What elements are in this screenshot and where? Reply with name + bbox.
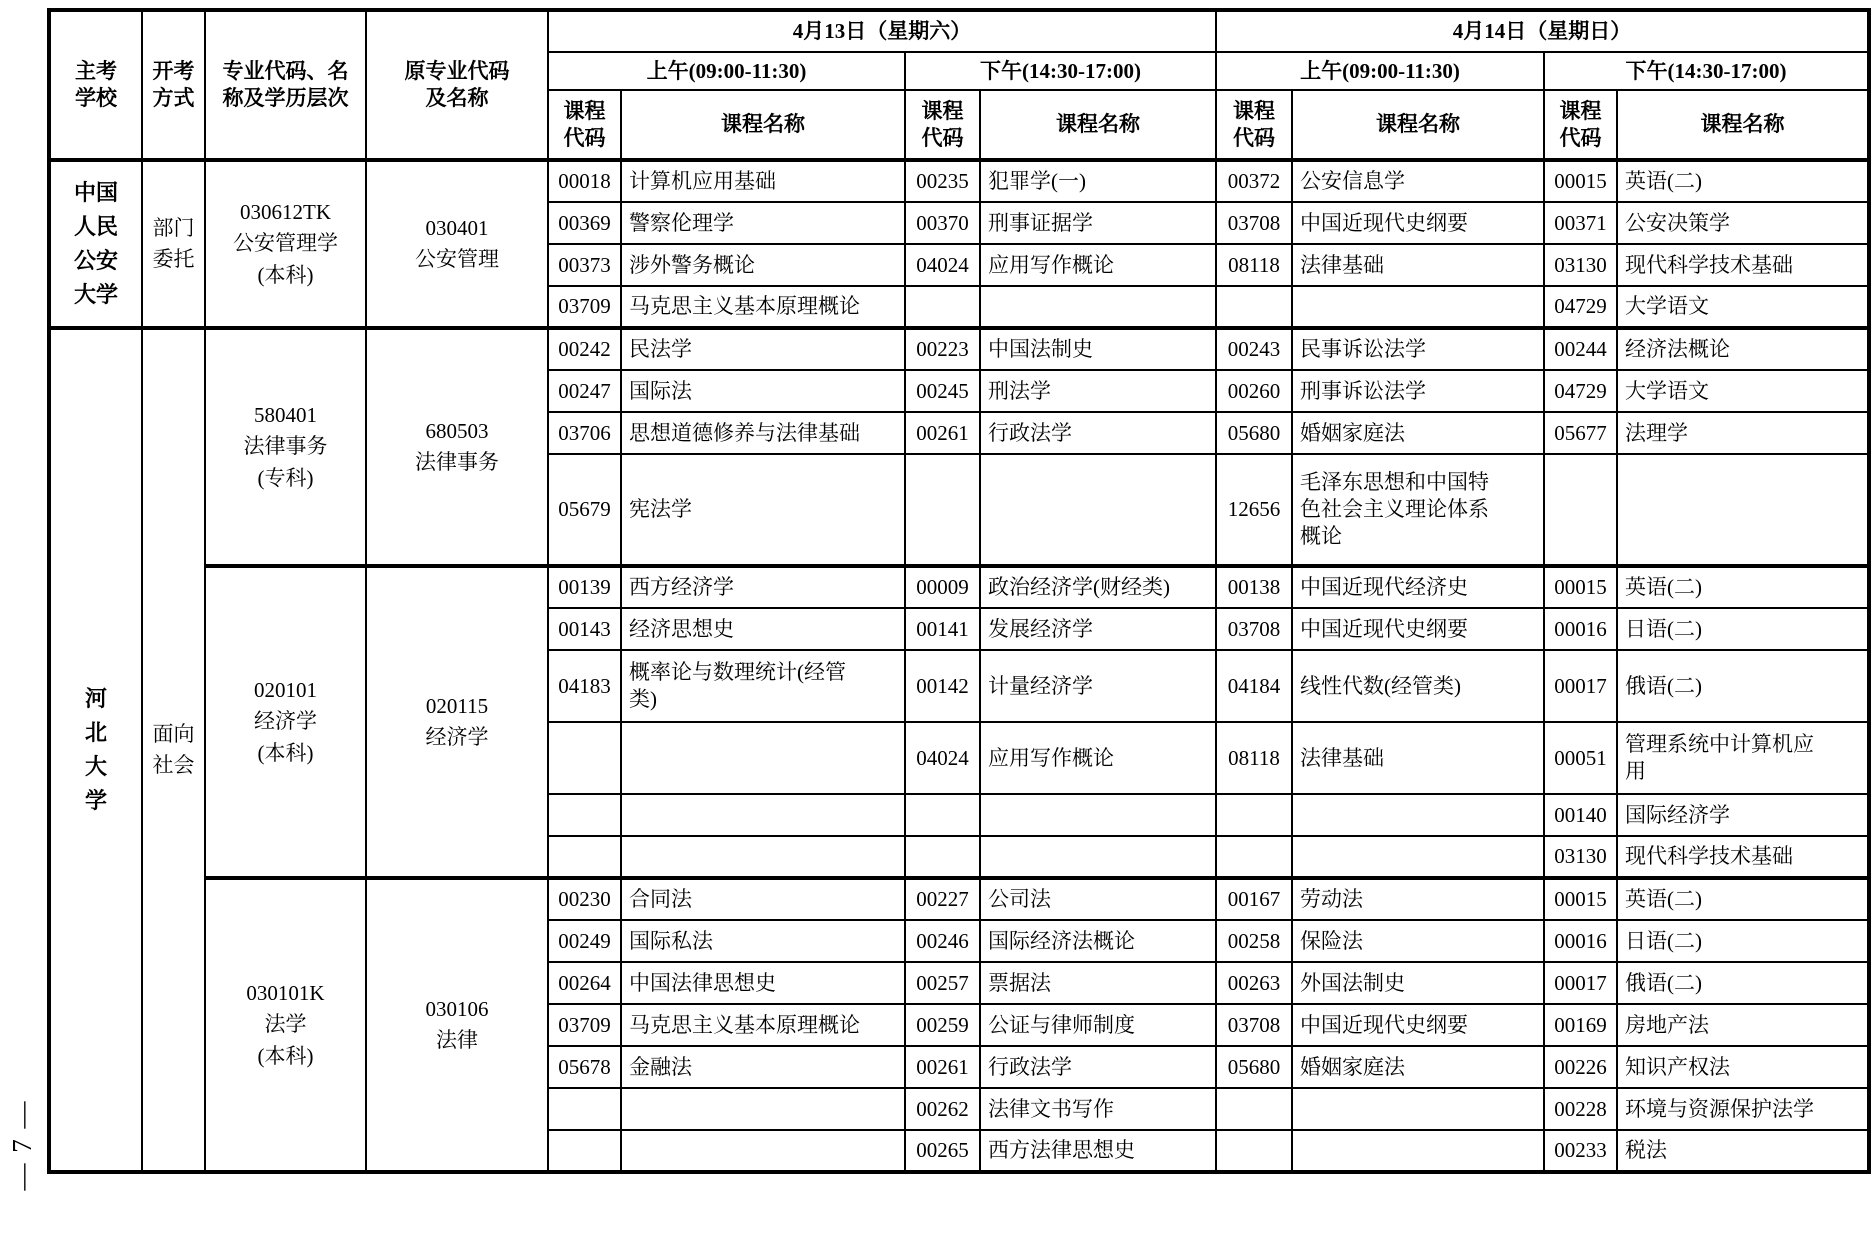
header-course-code: 课程 代码 xyxy=(548,90,621,160)
course-name-cell: 国际经济学 xyxy=(1617,794,1869,836)
course-code-cell: 00233 xyxy=(1544,1130,1617,1172)
course-code-cell: 00139 xyxy=(548,566,621,608)
course-name-cell: 中国近现代史纲要 xyxy=(1292,1004,1544,1046)
method-cell: 面向 社会 xyxy=(142,328,205,1172)
course-name-cell: 中国法制史 xyxy=(980,328,1216,370)
course-name-cell: 日语(二) xyxy=(1617,608,1869,650)
course-name-cell: 政治经济学(财经类) xyxy=(980,566,1216,608)
course-code-cell xyxy=(548,836,621,878)
header-course-name: 课程名称 xyxy=(621,90,905,160)
course-code-cell: 00259 xyxy=(905,1004,980,1046)
course-code-cell: 05679 xyxy=(548,454,621,566)
course-name-cell: 中国近现代经济史 xyxy=(1292,566,1544,608)
course-name-cell: 大学语文 xyxy=(1617,286,1869,328)
course-code-cell xyxy=(905,836,980,878)
course-code-cell: 00373 xyxy=(548,244,621,286)
course-name-cell: 管理系统中计算机应 用 xyxy=(1617,722,1869,794)
course-code-cell: 00247 xyxy=(548,370,621,412)
course-name-cell: 婚姻家庭法 xyxy=(1292,1046,1544,1088)
major-cell: 030612TK 公安管理学 (本科) xyxy=(205,160,366,328)
course-code-cell: 03708 xyxy=(1216,608,1292,650)
course-code-cell: 04729 xyxy=(1544,370,1617,412)
course-name-cell: 犯罪学(一) xyxy=(980,160,1216,202)
course-code-cell: 00169 xyxy=(1544,1004,1617,1046)
page-number: — 7 — xyxy=(7,1085,41,1205)
course-name-cell: 西方经济学 xyxy=(621,566,905,608)
course-name-cell: 涉外警务概论 xyxy=(621,244,905,286)
course-name-cell: 民法学 xyxy=(621,328,905,370)
course-name-cell: 概率论与数理统计(经管 类) xyxy=(621,650,905,722)
course-code-cell: 00223 xyxy=(905,328,980,370)
course-code-cell: 00017 xyxy=(1544,962,1617,1004)
course-code-cell: 05680 xyxy=(1216,412,1292,454)
header-course-name: 课程名称 xyxy=(980,90,1216,160)
header-day2-am: 上午(09:00-11:30) xyxy=(1216,52,1544,90)
header-day1-pm: 下午(14:30-17:00) xyxy=(905,52,1216,90)
course-name-cell xyxy=(980,794,1216,836)
course-code-cell: 04729 xyxy=(1544,286,1617,328)
course-name-cell: 应用写作概论 xyxy=(980,244,1216,286)
course-code-cell: 00258 xyxy=(1216,920,1292,962)
course-name-cell: 马克思主义基本原理概论 xyxy=(621,1004,905,1046)
course-code-cell: 00265 xyxy=(905,1130,980,1172)
course-name-cell xyxy=(1292,794,1544,836)
course-name-cell: 民事诉讼法学 xyxy=(1292,328,1544,370)
major-cell: 030101K 法学 (本科) xyxy=(205,878,366,1172)
school-cell: 河 北 大 学 xyxy=(49,328,142,1172)
course-name-cell: 国际法 xyxy=(621,370,905,412)
header-method: 开考 方式 xyxy=(142,10,205,160)
header-school: 主考 学校 xyxy=(49,10,142,160)
course-code-cell: 08118 xyxy=(1216,244,1292,286)
course-name-cell: 公证与律师制度 xyxy=(980,1004,1216,1046)
course-code-cell: 00017 xyxy=(1544,650,1617,722)
course-code-cell: 00249 xyxy=(548,920,621,962)
course-code-cell xyxy=(1216,286,1292,328)
course-code-cell: 03130 xyxy=(1544,244,1617,286)
header-major: 专业代码、名 称及学历层次 xyxy=(205,10,366,160)
course-name-cell: 法律文书写作 xyxy=(980,1088,1216,1130)
header-day2-pm: 下午(14:30-17:00) xyxy=(1544,52,1869,90)
course-code-cell: 08118 xyxy=(1216,722,1292,794)
course-code-cell: 00263 xyxy=(1216,962,1292,1004)
orig-major-cell: 020115 经济学 xyxy=(366,566,548,878)
course-code-cell: 00016 xyxy=(1544,920,1617,962)
course-name-cell xyxy=(980,836,1216,878)
course-name-cell: 合同法 xyxy=(621,878,905,920)
course-code-cell: 04024 xyxy=(905,244,980,286)
header-course-code: 课程 代码 xyxy=(1216,90,1292,160)
course-code-cell: 00264 xyxy=(548,962,621,1004)
course-code-cell xyxy=(548,794,621,836)
course-code-cell: 00370 xyxy=(905,202,980,244)
course-code-cell: 00242 xyxy=(548,328,621,370)
course-code-cell xyxy=(1216,836,1292,878)
course-code-cell: 00018 xyxy=(548,160,621,202)
course-code-cell: 00246 xyxy=(905,920,980,962)
course-name-cell: 现代科学技术基础 xyxy=(1617,244,1869,286)
course-code-cell xyxy=(1216,1130,1292,1172)
header-course-code: 课程 代码 xyxy=(1544,90,1617,160)
course-code-cell: 00369 xyxy=(548,202,621,244)
course-code-cell: 00138 xyxy=(1216,566,1292,608)
course-code-cell: 12656 xyxy=(1216,454,1292,566)
course-name-cell: 外国法制史 xyxy=(1292,962,1544,1004)
course-name-cell: 法律基础 xyxy=(1292,244,1544,286)
course-code-cell xyxy=(905,794,980,836)
course-name-cell: 英语(二) xyxy=(1617,878,1869,920)
course-name-cell: 知识产权法 xyxy=(1617,1046,1869,1088)
course-code-cell: 00051 xyxy=(1544,722,1617,794)
course-name-cell: 票据法 xyxy=(980,962,1216,1004)
course-name-cell xyxy=(621,794,905,836)
course-name-cell: 思想道德修养与法律基础 xyxy=(621,412,905,454)
course-name-cell xyxy=(1292,1088,1544,1130)
course-name-cell xyxy=(1292,286,1544,328)
course-code-cell: 04184 xyxy=(1216,650,1292,722)
course-name-cell: 行政法学 xyxy=(980,1046,1216,1088)
course-code-cell: 00015 xyxy=(1544,878,1617,920)
course-code-cell xyxy=(1216,1088,1292,1130)
course-code-cell: 00257 xyxy=(905,962,980,1004)
orig-major-cell: 030106 法律 xyxy=(366,878,548,1172)
course-name-cell: 金融法 xyxy=(621,1046,905,1088)
course-code-cell: 00140 xyxy=(1544,794,1617,836)
major-cell: 580401 法律事务 (专科) xyxy=(205,328,366,566)
course-name-cell: 中国近现代史纲要 xyxy=(1292,202,1544,244)
course-code-cell: 00245 xyxy=(905,370,980,412)
exam-schedule-table: 主考 学校 开考 方式 专业代码、名 称及学历层次 原专业代码 及名称 4月13… xyxy=(47,8,1871,1174)
course-name-cell: 公司法 xyxy=(980,878,1216,920)
course-name-cell: 俄语(二) xyxy=(1617,650,1869,722)
course-code-cell: 05678 xyxy=(548,1046,621,1088)
course-name-cell xyxy=(1617,454,1869,566)
course-code-cell: 00260 xyxy=(1216,370,1292,412)
course-code-cell xyxy=(548,1130,621,1172)
header-orig-major: 原专业代码 及名称 xyxy=(366,10,548,160)
header-date-day2: 4月14日（星期日） xyxy=(1216,10,1869,52)
course-name-cell: 应用写作概论 xyxy=(980,722,1216,794)
course-name-cell: 英语(二) xyxy=(1617,566,1869,608)
course-name-cell: 刑法学 xyxy=(980,370,1216,412)
course-code-cell: 00015 xyxy=(1544,160,1617,202)
course-name-cell xyxy=(1292,1130,1544,1172)
course-code-cell: 00261 xyxy=(905,412,980,454)
course-code-cell: 03708 xyxy=(1216,1004,1292,1046)
course-code-cell: 00371 xyxy=(1544,202,1617,244)
course-name-cell: 毛泽东思想和中国特 色社会主义理论体系 概论 xyxy=(1292,454,1544,566)
course-name-cell xyxy=(980,286,1216,328)
header-day1-am: 上午(09:00-11:30) xyxy=(548,52,905,90)
course-name-cell: 日语(二) xyxy=(1617,920,1869,962)
course-code-cell: 00261 xyxy=(905,1046,980,1088)
course-name-cell xyxy=(621,1088,905,1130)
course-code-cell: 00143 xyxy=(548,608,621,650)
course-name-cell: 刑事诉讼法学 xyxy=(1292,370,1544,412)
course-name-cell: 英语(二) xyxy=(1617,160,1869,202)
course-name-cell: 公安决策学 xyxy=(1617,202,1869,244)
course-name-cell: 俄语(二) xyxy=(1617,962,1869,1004)
course-name-cell: 警察伦理学 xyxy=(621,202,905,244)
header-course-name: 课程名称 xyxy=(1617,90,1869,160)
course-name-cell: 行政法学 xyxy=(980,412,1216,454)
course-code-cell xyxy=(548,1088,621,1130)
course-name-cell xyxy=(621,836,905,878)
course-code-cell: 03706 xyxy=(548,412,621,454)
course-code-cell: 00372 xyxy=(1216,160,1292,202)
course-code-cell xyxy=(1544,454,1617,566)
course-code-cell xyxy=(548,722,621,794)
course-code-cell: 00230 xyxy=(548,878,621,920)
course-name-cell: 环境与资源保护法学 xyxy=(1617,1088,1869,1130)
header-course-name: 课程名称 xyxy=(1292,90,1544,160)
course-name-cell: 公安信息学 xyxy=(1292,160,1544,202)
course-code-cell: 00244 xyxy=(1544,328,1617,370)
course-code-cell: 03709 xyxy=(548,286,621,328)
course-name-cell: 经济法概论 xyxy=(1617,328,1869,370)
course-code-cell: 00262 xyxy=(905,1088,980,1130)
course-code-cell: 03709 xyxy=(548,1004,621,1046)
course-code-cell: 00243 xyxy=(1216,328,1292,370)
course-name-cell: 劳动法 xyxy=(1292,878,1544,920)
course-name-cell: 马克思主义基本原理概论 xyxy=(621,286,905,328)
orig-major-cell: 030401 公安管理 xyxy=(366,160,548,328)
course-name-cell xyxy=(980,454,1216,566)
course-name-cell: 线性代数(经管类) xyxy=(1292,650,1544,722)
course-code-cell xyxy=(1216,794,1292,836)
course-name-cell: 婚姻家庭法 xyxy=(1292,412,1544,454)
course-name-cell xyxy=(621,722,905,794)
document-page: { "page": { "number_label": "— 7 —" }, "… xyxy=(0,0,1872,1255)
course-code-cell xyxy=(905,454,980,566)
course-name-cell: 法理学 xyxy=(1617,412,1869,454)
course-name-cell: 现代科学技术基础 xyxy=(1617,836,1869,878)
course-code-cell: 04024 xyxy=(905,722,980,794)
course-code-cell: 00226 xyxy=(1544,1046,1617,1088)
course-code-cell: 05677 xyxy=(1544,412,1617,454)
course-code-cell: 00142 xyxy=(905,650,980,722)
course-name-cell: 保险法 xyxy=(1292,920,1544,962)
course-name-cell: 西方法律思想史 xyxy=(980,1130,1216,1172)
course-name-cell: 大学语文 xyxy=(1617,370,1869,412)
course-name-cell: 计量经济学 xyxy=(980,650,1216,722)
course-name-cell: 税法 xyxy=(1617,1130,1869,1172)
course-name-cell: 宪法学 xyxy=(621,454,905,566)
header-course-code: 课程 代码 xyxy=(905,90,980,160)
course-code-cell: 00167 xyxy=(1216,878,1292,920)
course-name-cell: 刑事证据学 xyxy=(980,202,1216,244)
course-name-cell: 计算机应用基础 xyxy=(621,160,905,202)
course-name-cell: 中国法律思想史 xyxy=(621,962,905,1004)
method-cell: 部门 委托 xyxy=(142,160,205,328)
course-name-cell: 法律基础 xyxy=(1292,722,1544,794)
course-name-cell: 经济思想史 xyxy=(621,608,905,650)
course-name-cell: 国际私法 xyxy=(621,920,905,962)
school-cell: 中国 人民 公安 大学 xyxy=(49,160,142,328)
major-cell: 020101 经济学 (本科) xyxy=(205,566,366,878)
course-name-cell: 房地产法 xyxy=(1617,1004,1869,1046)
course-code-cell: 04183 xyxy=(548,650,621,722)
orig-major-cell: 680503 法律事务 xyxy=(366,328,548,566)
course-code-cell: 00141 xyxy=(905,608,980,650)
course-name-cell: 中国近现代史纲要 xyxy=(1292,608,1544,650)
course-code-cell: 03130 xyxy=(1544,836,1617,878)
course-name-cell xyxy=(621,1130,905,1172)
header-date-day1: 4月13日（星期六） xyxy=(548,10,1216,52)
course-code-cell: 00235 xyxy=(905,160,980,202)
course-code-cell: 00015 xyxy=(1544,566,1617,608)
course-name-cell: 发展经济学 xyxy=(980,608,1216,650)
course-code-cell: 00009 xyxy=(905,566,980,608)
course-code-cell xyxy=(905,286,980,328)
course-name-cell: 国际经济法概论 xyxy=(980,920,1216,962)
course-code-cell: 03708 xyxy=(1216,202,1292,244)
course-code-cell: 00016 xyxy=(1544,608,1617,650)
course-code-cell: 00227 xyxy=(905,878,980,920)
course-code-cell: 00228 xyxy=(1544,1088,1617,1130)
course-code-cell: 05680 xyxy=(1216,1046,1292,1088)
course-name-cell xyxy=(1292,836,1544,878)
